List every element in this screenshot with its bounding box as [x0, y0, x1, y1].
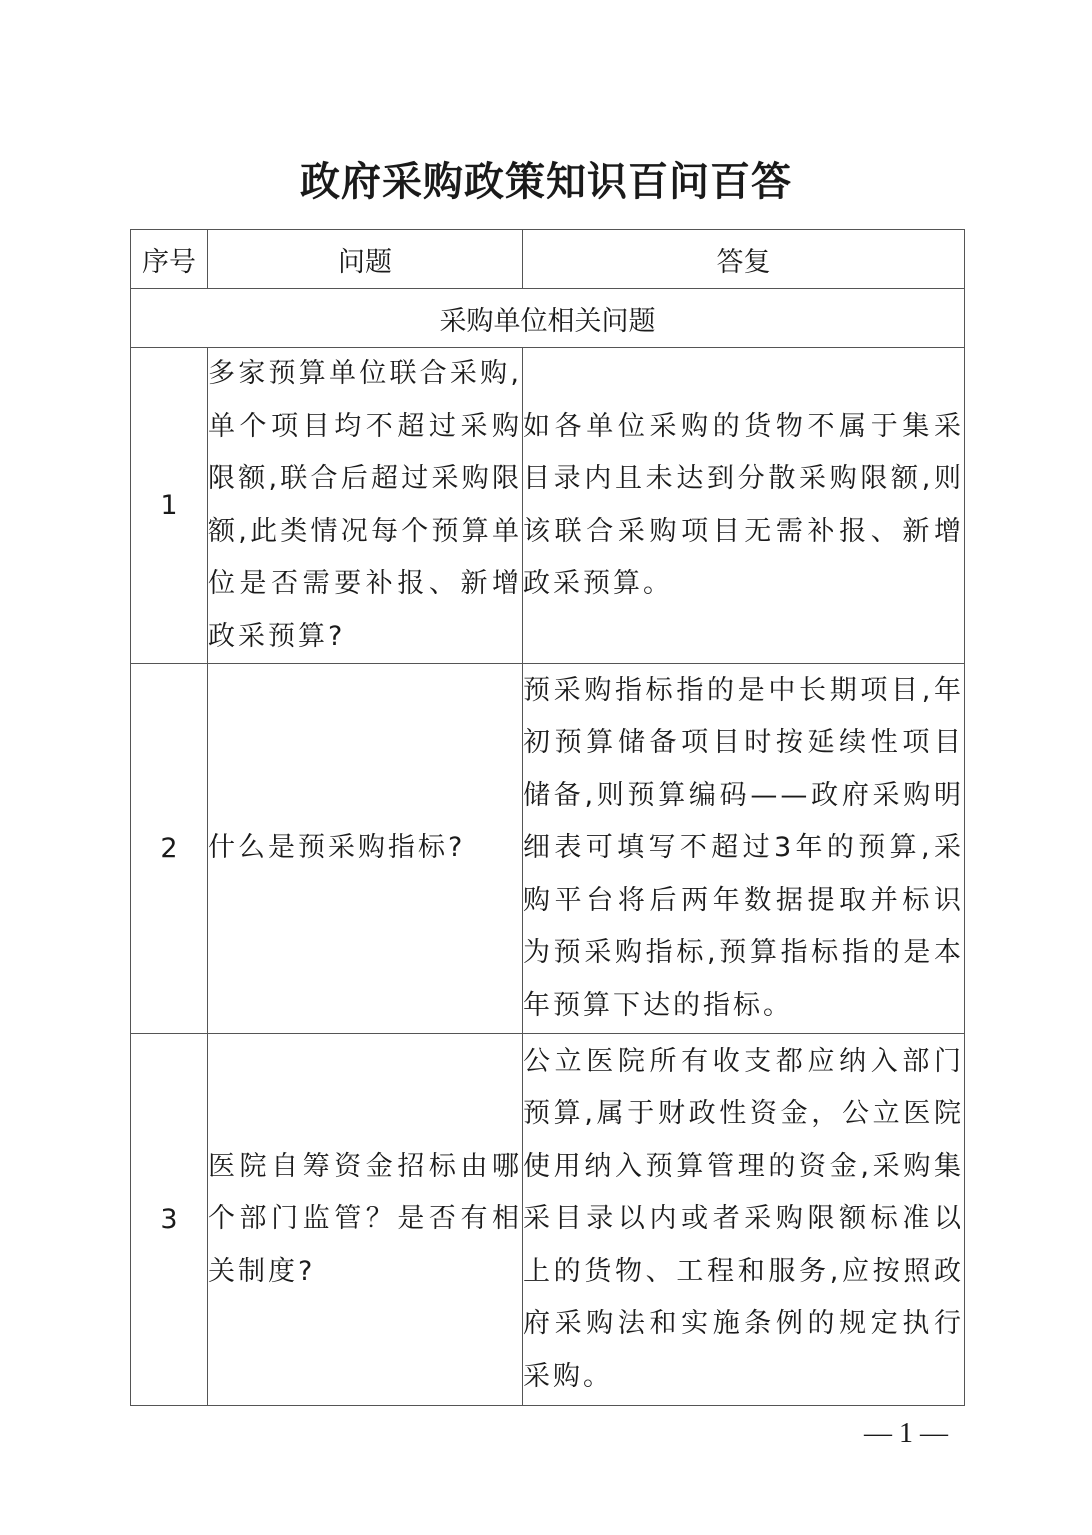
section-heading-row: 采购单位相关问题: [131, 289, 965, 348]
table-row: 2 什么是预采购指标? 预采购指标指的是中长期项目,年初预算储备项目时按延续性项…: [131, 664, 965, 1034]
header-question: 问题: [208, 230, 523, 289]
page-number: — 1 —: [850, 1418, 962, 1450]
row-answer: 公立医院所有收支都应纳入部门预算,属于财政性资金，公立医院使用纳入预算管理的资金…: [523, 1034, 965, 1406]
row-number: 3: [131, 1034, 208, 1406]
qa-table: 序号 问题 答复 采购单位相关问题 1 多家预算单位联合采购,单个项目均不超过采…: [130, 229, 965, 1406]
row-question: 医院自筹资金招标由哪个部门监管？是否有相关制度?: [208, 1034, 523, 1406]
row-number: 1: [131, 348, 208, 664]
header-number: 序号: [131, 230, 208, 289]
header-answer: 答复: [523, 230, 965, 289]
row-answer: 预采购指标指的是中长期项目,年初预算储备项目时按延续性项目储备,则预算编码——政…: [523, 664, 965, 1034]
table-header-row: 序号 问题 答复: [131, 230, 965, 289]
section-heading: 采购单位相关问题: [131, 289, 965, 348]
row-number: 2: [131, 664, 208, 1034]
document-title: 政府采购政策知识百问百答: [0, 150, 1092, 207]
table-row: 1 多家预算单位联合采购,单个项目均不超过采购限额,联合后超过采购限额,此类情况…: [131, 348, 965, 664]
row-answer: 如各单位采购的货物不属于集采目录内且未达到分散采购限额,则该联合采购项目无需补报…: [523, 348, 965, 664]
table-row: 3 医院自筹资金招标由哪个部门监管？是否有相关制度? 公立医院所有收支都应纳入部…: [131, 1034, 965, 1406]
row-question: 什么是预采购指标?: [208, 664, 523, 1034]
row-question: 多家预算单位联合采购,单个项目均不超过采购限额,联合后超过采购限额,此类情况每个…: [208, 348, 523, 664]
